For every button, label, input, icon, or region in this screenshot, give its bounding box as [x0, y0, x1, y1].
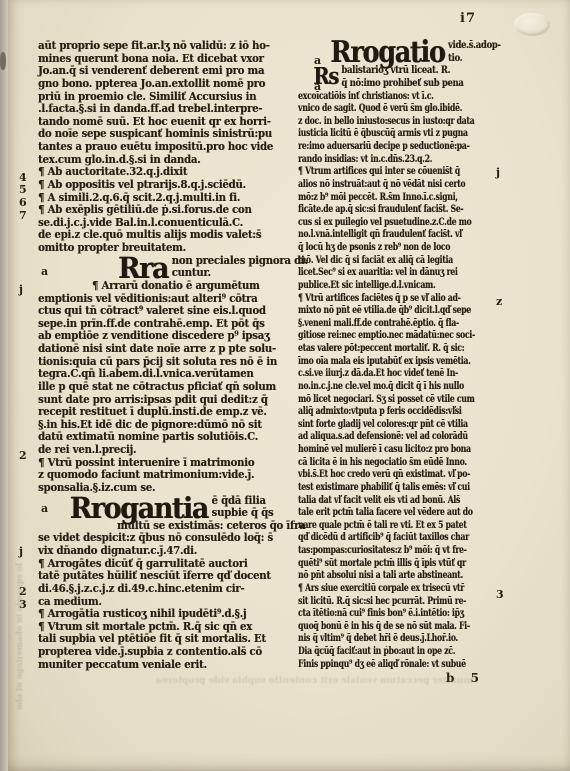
text-line: mō licet negociari. Sʒ si posset cē vtil… — [298, 394, 454, 407]
text-line: rando insidias: vt in.c.dn̄s.23.q.2. — [298, 154, 454, 167]
text-line: tale erit pctm̄ talia facere vel vēdere … — [298, 507, 454, 520]
heading-word: Rra — [118, 255, 168, 281]
photo-background: i7 aūt proprio sepe fit.ar.lʒ nō validū:… — [0, 0, 570, 771]
heading-side-line: tio. — [448, 53, 501, 66]
text-line: muniter peccatum veniale erit. — [38, 659, 284, 672]
margin-mark: 6 — [19, 197, 27, 208]
text-line: ¶ Vtrum artifices qui inter se cōuenis̄t… — [298, 166, 454, 179]
heading-side-text: ē q̄dā filiasupbie q̄ q̄s — [212, 495, 274, 520]
text-line: cta ītētio:nā cui⁹ finis bon⁹ ē.i.intēti… — [298, 608, 454, 621]
text-line: cā licita ē in his negociatio s̄m eūdē I… — [298, 457, 454, 470]
text-line: Finis ppinqu⁹ dʒ eē aliqď rōnale: vt sub… — [298, 659, 454, 672]
text-line: quēti⁹ sūt mortale pctm̄ illis q̄ īpis v… — [298, 558, 454, 571]
heading-side-line: balistarioʒ vtrū liceat. R. — [341, 65, 463, 78]
text-line: ficāte.de ap.q̄ sic:si fraudulenť facis̄… — [298, 204, 454, 217]
text-line: vbi.s̄.Et hoc credo verū qn̄ existimat. … — [298, 469, 454, 482]
text-line: c.si.ve iiurj.z dā.da.Et hoc videť tenē … — [298, 368, 454, 381]
heading-side-text: non preciales pignora di.cuntur. — [172, 255, 308, 280]
text-line: talia dat vľ facit velit eis vti ad bonū… — [298, 495, 454, 508]
text-line: nare quale pctm̄ ē tali re vti. Et ex 5 … — [298, 520, 454, 533]
text-line: alios nō instruāt:aut q̄ nō vēdāt nisi c… — [298, 179, 454, 192]
margin-mark: j — [19, 284, 23, 295]
margin-mark: 4 — [19, 172, 27, 183]
section-heading: Rsbalistarioʒ vtrū liceat. R.q̄ nō:imo p… — [298, 65, 468, 90]
heading-word: Rs — [313, 65, 338, 88]
text-line: Dia q̄cūq̄ faciť:aut in ṗbo:aut in ope z… — [298, 646, 454, 659]
text-line: īmo oīa mala eis iputabūť ex ipsis vemēt… — [298, 356, 454, 369]
text-line: qď dicēdū d̄ artificib⁹ q̄ faciūt taxill… — [298, 532, 454, 545]
text-line: mō:z b⁹ mōi peccēt. R.s̄m Inno.ī.c.signi… — [298, 192, 454, 205]
text-line: cus si ex puilegio vel psuetudine.z.C.de… — [298, 217, 454, 230]
heading-word: Rrogantia — [70, 495, 208, 521]
heading-word: Rrogatio — [330, 40, 444, 66]
text-line: no.in.c.j.ne cle.vel mo.q̄ dicit q̄ ī hi… — [298, 381, 454, 394]
margin-mark: 5 — [19, 184, 27, 195]
left-column: aūt proprio sepe fit.ar.lʒ nō validū: z … — [38, 40, 302, 671]
margin-mark: 2 — [19, 450, 27, 461]
text-line: §.veneni mali.ff.de contrahē.ēptio. q̄ f… — [298, 318, 454, 331]
text-line: re:imo aduersariū decipe p seductionē:pa… — [298, 141, 454, 154]
text-line: ad aliqua.s.ad defensionē: vel ad colorā… — [298, 431, 454, 444]
section-heading: Rrogantiaē q̄dā filiasupbie q̄ q̄s — [38, 495, 284, 520]
right-column: Rrogatiovide.s̄.adop-tio.Rsbalistarioʒ v… — [298, 40, 498, 671]
heading-side-text: vide.s̄.adop-tio. — [448, 40, 501, 65]
text-line: nō pn̄t absolui nisi a tali arte abstine… — [298, 570, 454, 583]
text-line: sit licitū. R.q̄ sic:si hec pcurrāt. Pri… — [298, 596, 454, 609]
heading-side-line: q̄ nō:imo prohibeť sub pena — [341, 78, 463, 91]
showthrough-left: odo iu ogniremado ni obeaups ol — [14, 540, 26, 710]
edge-mark — [0, 52, 6, 70]
text-line: ¶ Ars siue exercitiū corpale ex trisecū … — [298, 583, 454, 596]
embossed-stamp-icon — [514, 13, 550, 36]
text-line: gitiose rei:nec emptio.nec mādatū:nec so… — [298, 330, 454, 343]
section-heading: Rranon preciales pignora di.cuntur. — [38, 255, 284, 280]
page-number: i7 — [460, 11, 476, 26]
text-line: sint forte gladij vel colores:qr pn̄t cē… — [298, 419, 454, 432]
text-line: mō. Vel dic q̄ si faciāt ex aliq̄ cā leg… — [298, 255, 454, 268]
showthrough-bottom: muniter peccatum veniale erit contentio … — [53, 676, 473, 687]
text-line: z doc. in bello iniusto:secus in iusto:q… — [298, 116, 454, 129]
text-line: test existimare phabiliť q̄ talis emēs: … — [298, 482, 454, 495]
text-line: hominē vel mulierē ī casu licito:z pro b… — [298, 444, 454, 457]
text-line: mixto nō pn̄t eē vtilia.de q̄b⁹ dicit.l.… — [298, 305, 454, 318]
text-line: iusticia licitū ē q̄buscūq̄ armis vti z … — [298, 128, 454, 141]
heading-side-line: vide.s̄.adop- — [448, 40, 501, 53]
text-line: ¶ Vtrū artifices faciētes q̄ p se vľ ali… — [298, 293, 454, 306]
text-line: excoīcatiōis inť christianos: vt ī.c. — [298, 91, 454, 104]
book-page: i7 aūt proprio sepe fit.ar.lʒ nō validū:… — [8, 0, 570, 771]
heading-side-line: non preciales pignora di. — [172, 255, 308, 268]
text-line: quoq̄ bonū ē in his q̄ de se nō sūt mala… — [298, 621, 454, 634]
text-line: tas:pompas:curiositates:z b⁹ mōi: q̄ vt … — [298, 545, 454, 558]
text-line: q̄ locū hʒ de psonis z reb⁹ non de loco — [298, 242, 454, 255]
heading-side-text: balistarioʒ vtrū liceat. R.q̄ nō:imo pro… — [341, 65, 463, 90]
section-heading: Rrogatiovide.s̄.adop-tio. — [298, 40, 468, 65]
text-line: publice.Et sic intellige.d.l.vnicam. — [298, 280, 454, 293]
text-line: etas valere pōt:peccent mortaliť. R. q̄ … — [298, 343, 454, 356]
margin-mark: 7 — [19, 210, 27, 221]
text-line: nis q̄ vltim⁹ q̄ debet hr̄i ē deus.j̄.Lh… — [298, 633, 454, 646]
text-line: licet.Sec⁹ si ex auaritia: vel in dānuʒ … — [298, 267, 454, 280]
text-line: vnico de sagit. Quod ē verū s̄m glo.ibid… — [298, 103, 454, 116]
heading-side-line: ē q̄dā filia — [212, 495, 274, 508]
text-line: no.l.vnā.intelligit qn̄ fraudulenť facis… — [298, 229, 454, 242]
text-line: aliq̄ admixto:vtputa p feris occidēdis:v… — [298, 406, 454, 419]
